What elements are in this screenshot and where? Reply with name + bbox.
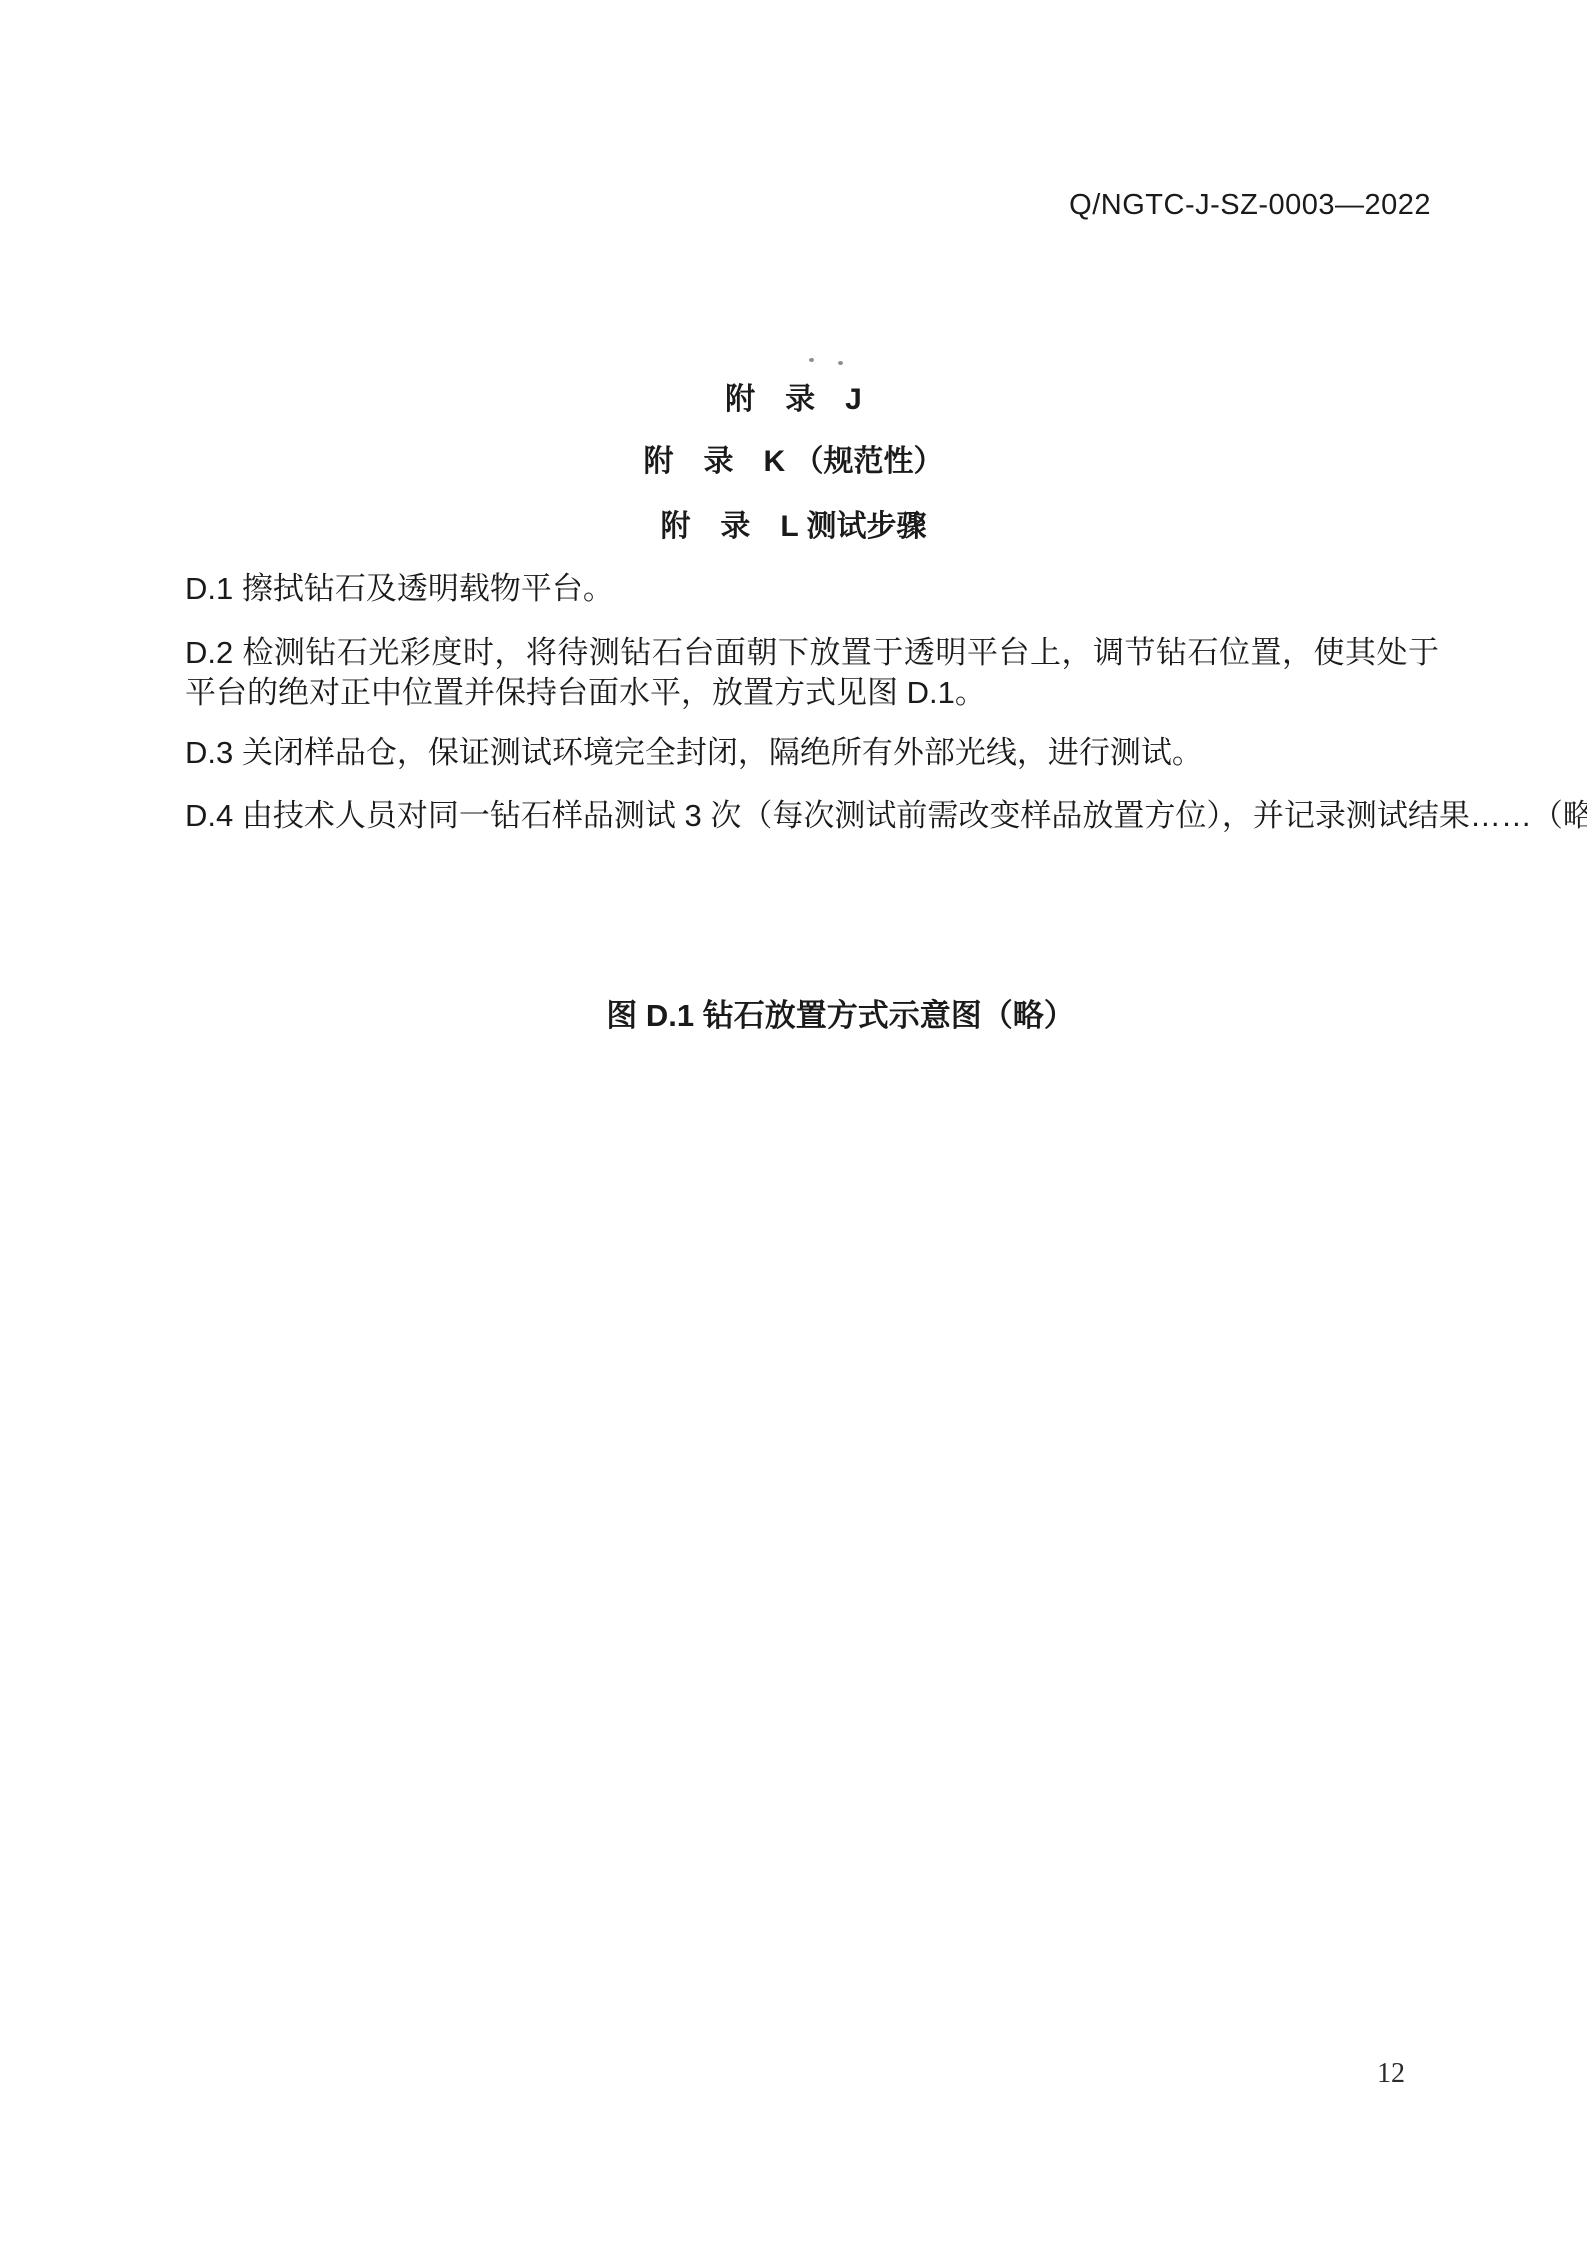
standard-code-header: Q/NGTC-J-SZ-0003—2022 [1069,191,1431,220]
heading-appendix-k: 附 录 K （规范性） [0,446,1587,478]
paragraph-d4: D.4 由技术人员对同一钻石样品测试 3 次（每次测试前需改变样品放置方位），并… [185,796,1439,836]
heading-appendix-j: 附 录 J [0,384,1587,416]
scan-speck-mark [838,361,843,365]
scan-speck-mark [809,358,814,362]
paragraph-d2: D.2 检测钻石光彩度时，将待测钻石台面朝下放置于透明平台上，调节钻石位置，使其… [185,633,1439,713]
document-page: Q/NGTC-J-SZ-0003—2022 附 录 J 附 录 K （规范性） … [0,0,1587,2245]
heading-appendix-l: 附 录 L 测试步骤 [0,511,1587,543]
figure-caption: 图 D.1 钻石放置方式示意图（略） [0,998,1587,1034]
paragraph-d3: D.3 关闭样品仓，保证测试环境完全封闭，隔绝所有外部光线，进行测试。 [185,733,1439,773]
paragraph-d1: D.1 擦拭钻石及透明载物平台。 [185,569,1439,609]
page-number: 12 [1377,2058,1405,2090]
